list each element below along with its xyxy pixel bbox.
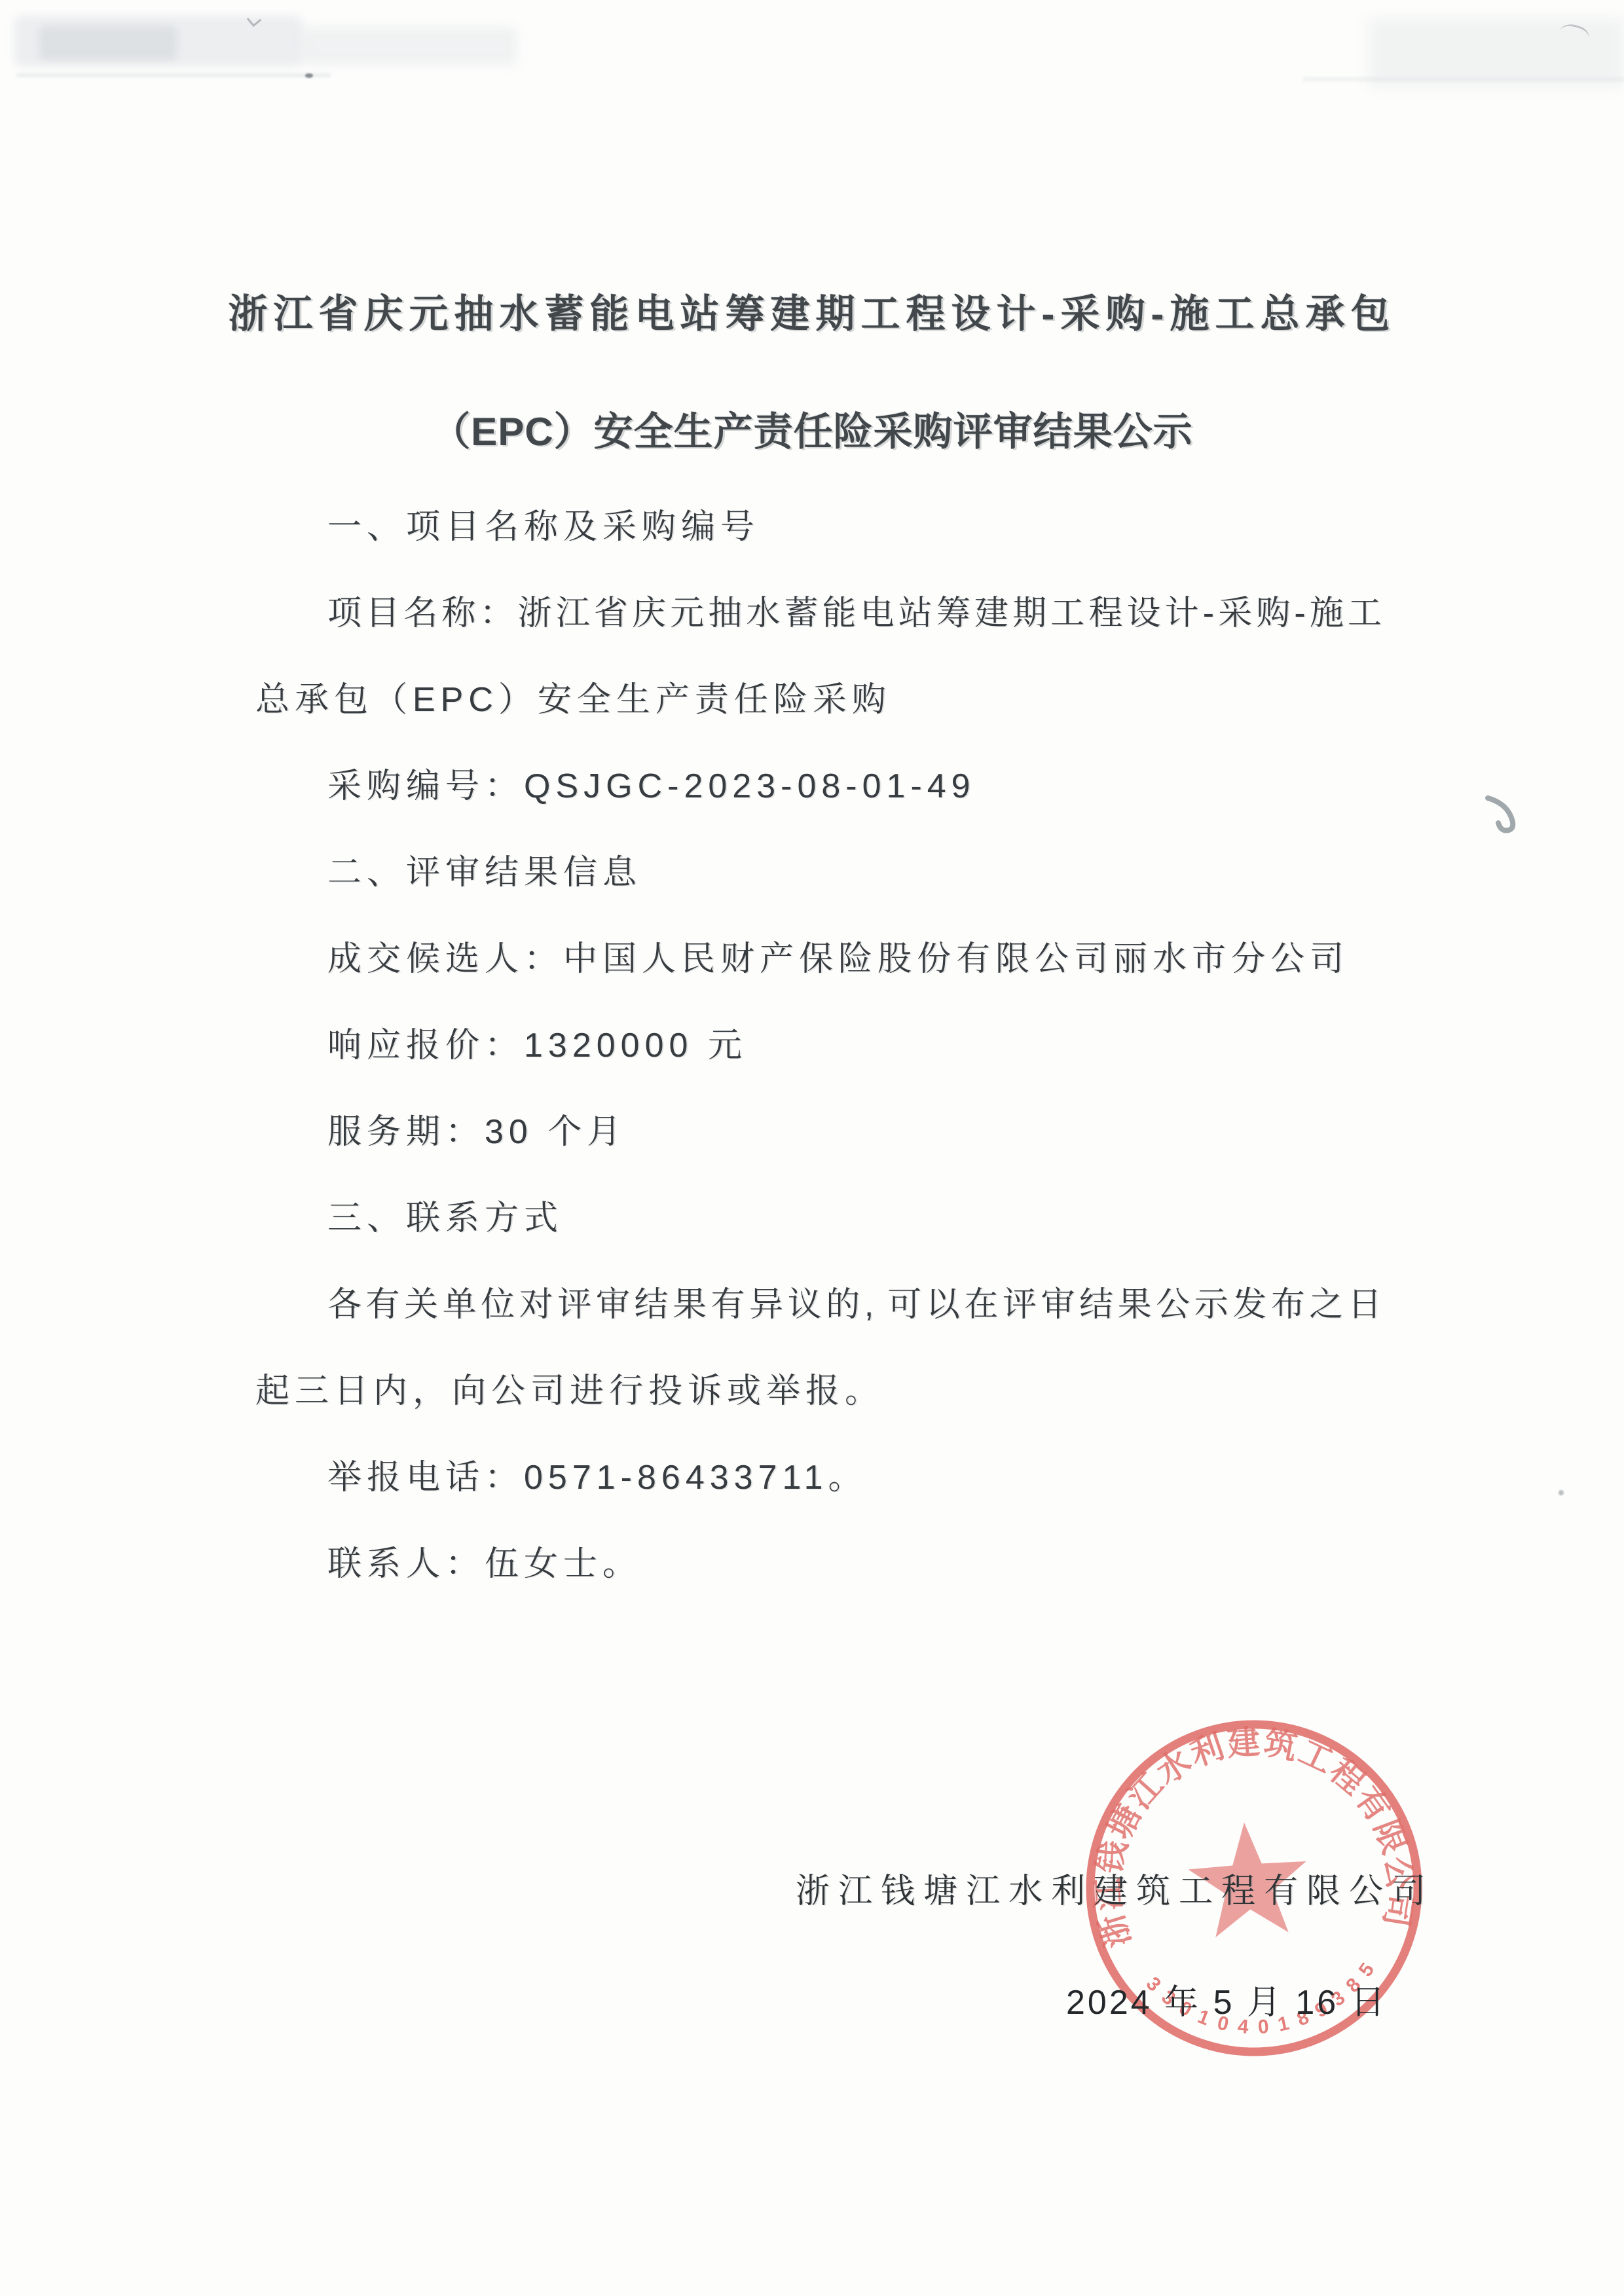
objection-notice-wrap: 起三日内，向公司进行投诉或举报。 [255,1348,1382,1434]
project-name-wrap: 总承包（EPC）安全生产责任险采购 [255,657,1382,743]
scan-smudge [39,26,177,60]
scan-streak [1303,77,1624,81]
contact-person: 联系人：伍女士。 [255,1521,1382,1607]
winning-candidate: 成交候选人：中国人民财产保险股份有限公司丽水市分公司 [255,916,1382,1002]
scan-streak [16,73,331,77]
bid-price: 响应报价：1320000 元 [255,1002,1382,1089]
signature-company-name: 浙江钱塘江水利建筑工程有限公司 [796,1863,1434,1912]
scan-mark [1556,21,1591,52]
scan-mark [247,12,262,27]
scanned-document-page: 浙江省庆元抽水蓄能电站筹建期工程设计-采购-施工总承包 （EPC）安全生产责任险… [0,0,1624,2296]
section-heading-1: 一、项目名称及采购编号 [255,484,1382,570]
report-phone: 举报电话：0571-86433711。 [255,1434,1382,1521]
document-title-line1: 浙江省庆元抽水蓄能电站筹建期工程设计-采购-施工总承包 [0,283,1624,339]
scan-smudge [301,26,517,65]
signature-date: 2024 年 5 月 16 日 [1066,1975,1388,2024]
procurement-number: 采购编号：QSJGC-2023-08-01-49 [255,743,1382,829]
document-title-line2: （EPC）安全生产责任险采购评审结果公示 [0,401,1624,457]
section-heading-3: 三、联系方式 [255,1175,1382,1262]
objection-notice-line: 各有关单位对评审结果有异议的, 可以在评审结果公示发布之日 [255,1262,1382,1348]
section-heading-2: 二、评审结果信息 [255,829,1382,916]
service-period: 服务期：30 个月 [255,1089,1382,1175]
project-name-line: 项目名称：浙江省庆元抽水蓄能电站筹建期工程设计-采购-施工 [255,570,1382,657]
scan-speck [1559,1490,1564,1495]
scan-smudge [14,16,303,67]
scan-smudge [1369,18,1624,87]
seal-company-arc-text: 浙江钱塘江水利建筑工程有限公司 [1079,1713,1422,1952]
document-body: 一、项目名称及采购编号 项目名称：浙江省庆元抽水蓄能电站筹建期工程设计-采购-施… [255,484,1382,1607]
pen-mark [1472,789,1531,848]
scan-speck [305,73,313,78]
